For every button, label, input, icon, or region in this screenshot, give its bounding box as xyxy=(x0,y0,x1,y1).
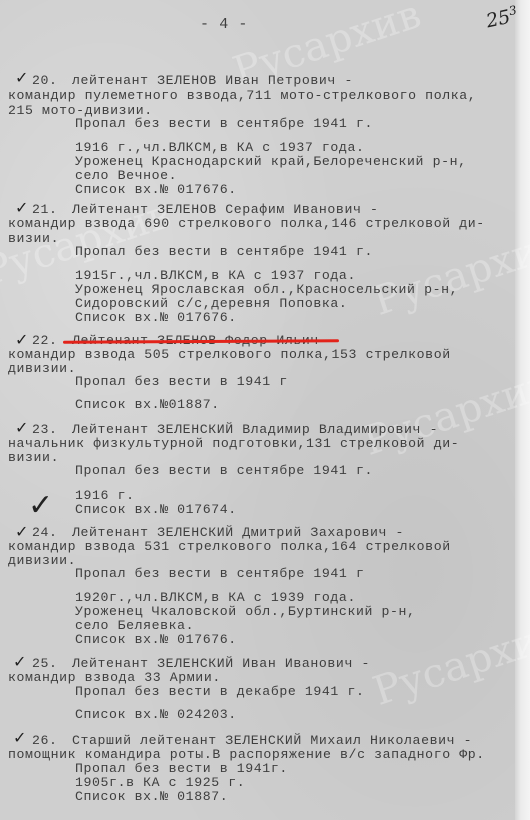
large-checkmark-icon: ✓ xyxy=(28,488,53,523)
entry-line: село Беляевка. xyxy=(75,618,194,633)
entry-line: дивизии. xyxy=(8,553,76,568)
entry-number: 26. xyxy=(32,733,58,748)
entry-line: Лейтенант ЗЕЛЕНОВ Серафим Иванович - xyxy=(72,202,379,217)
entry-line: 1920г.,чл.ВЛКСМ,в КА с 1939 года. xyxy=(75,590,356,605)
entry-line: Старший лейтенант ЗЕЛЕНСКИЙ Михаил Никол… xyxy=(72,733,472,748)
entry-line: Пропал без вести в 1941 г xyxy=(75,374,288,389)
entry-number: 25. xyxy=(32,656,58,671)
entry-line: Лейтенант ЗЕЛЕНСКИЙ Дмитрий Захарович - xyxy=(72,525,404,540)
entry-line: Список вх.№ 017674. xyxy=(75,502,237,517)
entry-line: командир взвода 505 стрелкового полка,15… xyxy=(8,347,451,362)
entry-line: Список вх.№ 017676. xyxy=(75,182,237,197)
entry-line: помощник командира роты.В распоряжение в… xyxy=(8,747,485,762)
entry-number: 24. xyxy=(32,525,58,540)
checkmark-icon: ✓ xyxy=(15,198,28,217)
entry-line: дивизии. xyxy=(8,361,76,376)
entry-line: командир взвода 33 Армии. xyxy=(8,670,221,685)
entry-line: 1916 г.,чл.ВЛКСМ,в КА с 1937 года. xyxy=(75,140,364,155)
entry-line: Уроженец Краснодарский край,Белореченски… xyxy=(75,154,467,169)
entry-line: Сидоровский с/с,деревня Поповка. xyxy=(75,296,347,311)
entry-line: Пропал без вести в сентябре 1941 г. xyxy=(75,116,373,131)
entry-line: село Вечное. xyxy=(75,168,177,183)
entry-line: визии. xyxy=(8,450,59,465)
entry-line: Список вх.№ 024203. xyxy=(75,707,237,722)
entry-number: 21. xyxy=(32,202,58,217)
entry-line: Пропал без вести в сентябре 1941 г. xyxy=(75,463,373,478)
entry-line: Список вх.№ 017676. xyxy=(75,632,237,647)
entry-line: Пропал без вести в сентябре 1941 г. xyxy=(75,244,373,259)
checkmark-icon: ✓ xyxy=(13,728,26,747)
entry-line: Пропал без вести в 1941г. xyxy=(75,761,288,776)
entry-line: Список вх.№01887. xyxy=(75,397,220,412)
entry-line: Список вх.№ 01887. xyxy=(75,789,228,804)
entry-line: Пропал без вести в сентябре 1941 г xyxy=(75,566,364,581)
entry-line: командир взвода 690 стрелкового полка,14… xyxy=(8,216,485,231)
page-number: - 4 - xyxy=(200,17,248,32)
entry-line: Лейтенант ЗЕЛЕНСКИЙ Владимир Владимирови… xyxy=(72,422,438,437)
entry-line: Уроженец Ярославская обл.,Красносельский… xyxy=(75,282,458,297)
checkmark-icon: ✓ xyxy=(15,418,28,437)
entry-line: визии. xyxy=(8,231,59,246)
entry-line: командир взвода 531 стрелкового полка,16… xyxy=(8,539,451,554)
entry-line: Список вх.№ 017676. xyxy=(75,310,237,325)
entry-line: Лейтенант ЗЕЛЕНСКИЙ Иван Иванович - xyxy=(72,656,370,671)
page-edge xyxy=(515,0,530,820)
entry-line: начальник физкультурной подготовки,131 с… xyxy=(8,436,459,451)
entry-line: 1905г.в КА с 1925 г. xyxy=(75,775,245,790)
entry-number: 20. xyxy=(32,73,58,88)
entry-number: 22. xyxy=(32,333,58,348)
entry-line: Уроженец Чкаловской обл.,Буртинский р-н, xyxy=(75,604,416,619)
entry-line: командир пулеметного взвода,711 мото-стр… xyxy=(8,88,476,103)
entry-line: лейтенант ЗЕЛЕНОВ Иван Петрович - xyxy=(72,73,353,88)
entry-line: 1915г.,чл.ВЛКСМ,в КА с 1937 года. xyxy=(75,268,356,283)
entry-number: 23. xyxy=(32,422,58,437)
checkmark-icon: ✓ xyxy=(13,652,26,671)
checkmark-icon: ✓ xyxy=(15,68,28,87)
entry-line: Пропал без вести в декабре 1941 г. xyxy=(75,684,364,699)
entry-line: 1916 г. xyxy=(75,488,135,503)
